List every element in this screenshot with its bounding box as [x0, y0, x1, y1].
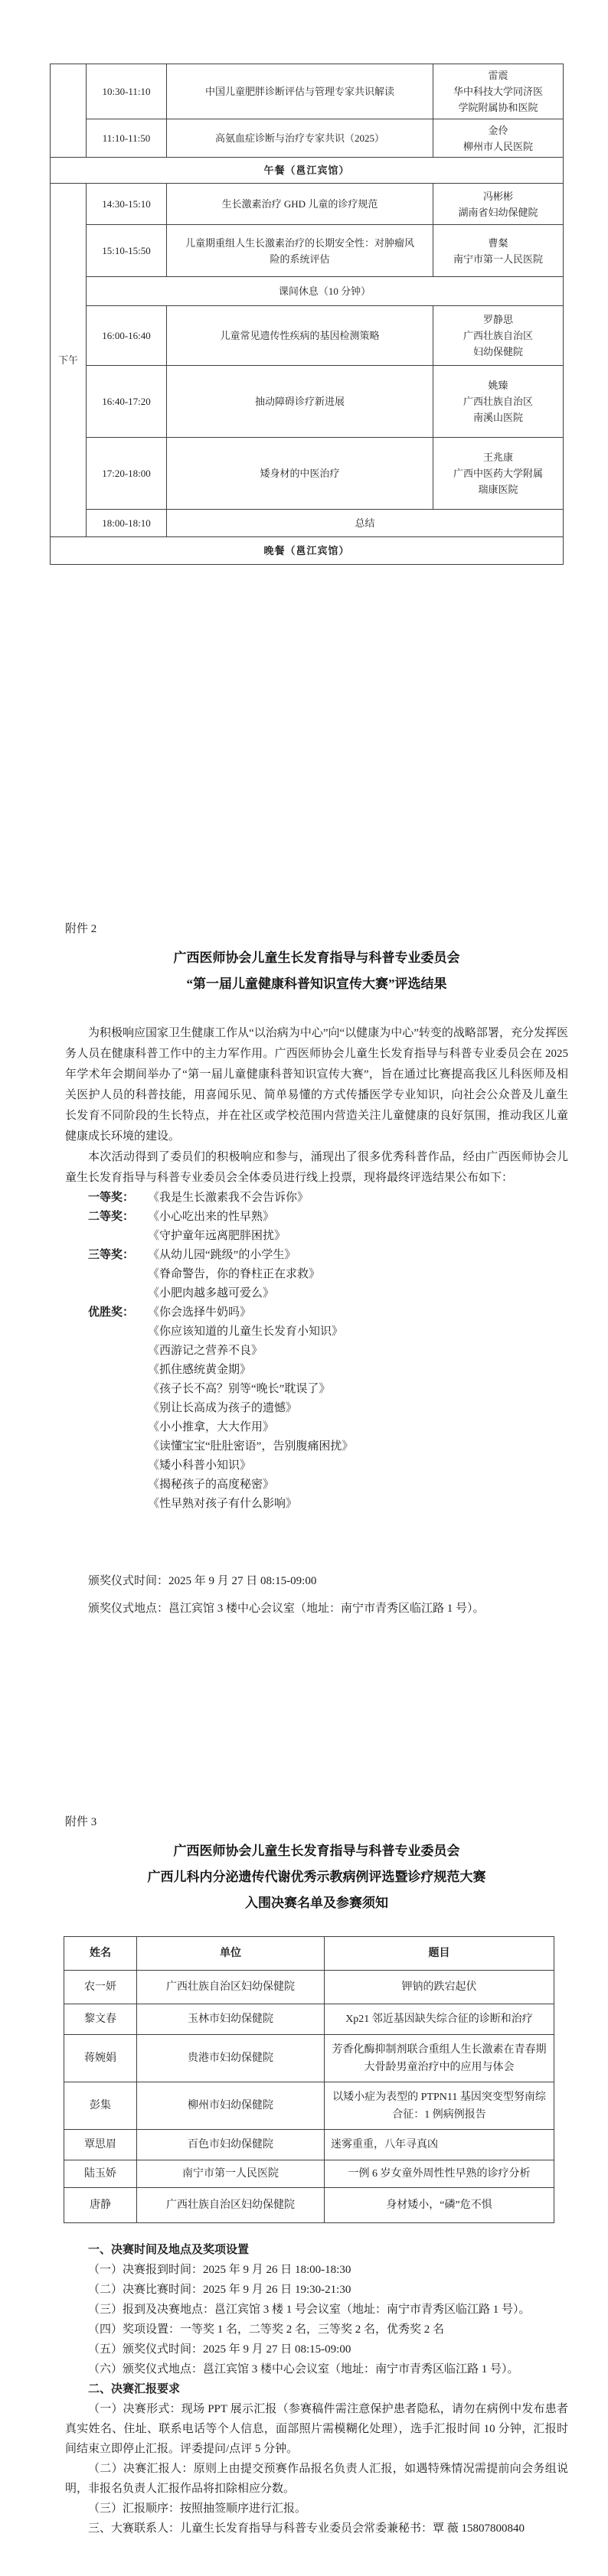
dinner-cell: 晚餐（邕江宾馆）	[51, 537, 564, 565]
award-titles: 《从幼儿园“跳级”的小学生》《脊命警告，你的脊柱正在求救》《小肥肉越多越可爱么》	[148, 1246, 568, 1303]
award-label: 二等奖：	[88, 1208, 148, 1227]
note-line: （六）颁奖仪式地点：邕江宾馆 3 楼中心会议室（地址：南宁市青秀区临江路 1 号…	[65, 2359, 568, 2379]
case-title: 钾钠的跌宕起伏	[325, 1971, 554, 2004]
note-contact-line: 三、大赛联系人：儿童生长发育指导与科普专业委员会常委兼秘书：覃 薇 158078…	[65, 2519, 568, 2539]
summary-cell: 总结	[167, 510, 564, 537]
award-group-merit-prize: 优胜奖： 《你会选择牛奶吗》《你应该知道的儿童生长发育小知识》《西游记之营养不良…	[88, 1303, 568, 1514]
time-cell: 10:30-11:10	[87, 64, 167, 119]
table-row: 农一妍 广西壮族自治区妇幼保健院 钾钠的跌宕起伏	[64, 1971, 554, 2004]
talk-title-cell: 抽动障碍诊疗新进展	[167, 366, 433, 438]
award-group-first-prize: 一等奖： 《我是生长激素我不会告诉你》	[88, 1189, 568, 1208]
attachment-3-section: 附件 3 广西医师协会儿童生长发育指导与科普专业委员会 广西儿科内分泌遗传代谢优…	[65, 1814, 568, 2539]
committee-title-line: 广西医师协会儿童生长发育指导与科普专业委员会	[65, 945, 568, 971]
award-label: 优胜奖：	[88, 1303, 148, 1322]
header-unit: 单位	[137, 1937, 325, 1971]
time-cell: 15:10-15:50	[87, 225, 167, 277]
case-title: 芳香化酶抑制剂联合重组人生长激素在青春期大骨龄男童治疗中的应用与体会	[325, 2035, 554, 2082]
contestant-name: 陆玉娇	[64, 2160, 137, 2188]
presenter-cell: 冯彬彬湖南省妇幼保健院	[433, 184, 564, 225]
table-row: 17:20-18:00 矮身材的中医治疗 王兆康广西中医药大学附属瑞康医院	[51, 438, 564, 510]
talk-title-cell: 生长激素治疗 GHD 儿童的诊疗规范	[167, 184, 433, 225]
table-row: 彭集 柳州市妇幼保健院 以矮小症为表型的 PTPN11 基因突变型努南综合征：1…	[64, 2082, 554, 2130]
award-label: 三等奖：	[88, 1246, 148, 1265]
note-line: （三）汇报顺序：按照抽签顺序进行汇报。	[65, 2499, 568, 2519]
contestant-name: 农一妍	[64, 1971, 137, 2004]
attachment-3-title: 广西医师协会儿童生长发育指导与科普专业委员会 广西儿科内分泌遗传代谢优秀示教病例…	[65, 1838, 568, 1916]
document-page: 10:30-11:10 中国儿童肥胖诊断评估与管理专家共识解读 雷震华中科技大学…	[0, 0, 608, 2576]
contestant-unit: 广西壮族自治区妇幼保健院	[137, 2188, 325, 2223]
note-line: （一）决赛报到时间：2025 年 9 月 26 日 18:00-18:30	[65, 2260, 568, 2280]
ceremony-time: 颁奖仪式时间：2025 年 9 月 27 日 08:15-09:00	[65, 1567, 568, 1595]
session-cell-afternoon: 下午	[51, 184, 87, 537]
award-titles: 《我是生长激素我不会告诉你》	[148, 1189, 568, 1208]
time-cell: 14:30-15:10	[87, 184, 167, 225]
award-titles: 《你会选择牛奶吗》《你应该知道的儿童生长发育小知识》《西游记之营养不良》《抓住感…	[148, 1303, 568, 1514]
case-title: Xp21 邻近基因缺失综合征的诊断和治疗	[325, 2004, 554, 2035]
award-group-second-prize: 二等奖： 《小心吃出来的性早熟》《守护童年远离肥胖困扰》	[88, 1208, 568, 1246]
table-row: 蒋婉娟 贵港市妇幼保健院 芳香化酶抑制剂联合重组人生长激素在青春期大骨龄男童治疗…	[64, 2035, 554, 2082]
case-title: 身材矮小，“磷”危不惧	[325, 2188, 554, 2223]
award-list: 一等奖： 《我是生长激素我不会告诉你》 二等奖： 《小心吃出来的性早熟》《守护童…	[88, 1189, 568, 1514]
finalist-list-title-line: 入围决赛名单及参赛须知	[65, 1890, 568, 1916]
dinner-row: 晚餐（邕江宾馆）	[51, 537, 564, 565]
note-line: （五）颁奖仪式时间：2025 年 9 月 27 日 08:15-09:00	[65, 2340, 568, 2359]
talk-title-cell: 儿童常见遗传性疾病的基因检测策略	[167, 306, 433, 366]
contest-notes: 一、决赛时间及地点及奖项设置 （一）决赛报到时间：2025 年 9 月 26 日…	[65, 2240, 568, 2539]
lunch-cell: 午餐（邕江宾馆）	[51, 158, 564, 184]
contestant-unit: 玉林市妇幼保健院	[137, 2004, 325, 2035]
case-title: 以矮小症为表型的 PTPN11 基因突变型努南综合征：1 例病例报告	[325, 2082, 554, 2130]
note-section-heading: 一、决赛时间及地点及奖项设置	[65, 2240, 568, 2260]
contestant-name: 覃思眉	[64, 2130, 137, 2160]
table-row: 15:10-15:50 儿童期重组人生长激素治疗的长期安全性：对肿瘤风险的系统评…	[51, 225, 564, 277]
time-cell: 18:00-18:10	[87, 510, 167, 537]
contestant-unit: 广西壮族自治区妇幼保健院	[137, 1971, 325, 2004]
table-row: 16:00-16:40 儿童常见遗传性疾病的基因检测策略 罗静思广西壮族自治区妇…	[51, 306, 564, 366]
contestant-name: 唐静	[64, 2188, 137, 2223]
time-cell: 16:00-16:40	[87, 306, 167, 366]
header-title: 题目	[325, 1937, 554, 1971]
note-line: （三）报到及决赛地点：邕江宾馆 3 楼 1 号会议室（地址：南宁市青秀区临江路 …	[65, 2300, 568, 2320]
time-cell: 11:10-11:50	[87, 119, 167, 158]
contestant-name: 蒋婉娟	[64, 2035, 137, 2082]
summary-row: 18:00-18:10 总结	[51, 510, 564, 537]
presenter-cell: 金伶柳州市人民医院	[433, 119, 564, 158]
contestant-unit: 南宁市第一人民医院	[137, 2160, 325, 2188]
note-line: （四）奖项设置：一等奖 1 名，二等奖 2 名，三等奖 2 名，优秀奖 2 名	[65, 2320, 568, 2340]
table-row: 唐静 广西壮族自治区妇幼保健院 身材矮小，“磷”危不惧	[64, 2188, 554, 2223]
break-cell: 课间休息（10 分钟）	[87, 277, 564, 306]
contestant-unit: 柳州市妇幼保健院	[137, 2082, 325, 2130]
contestant-name: 彭集	[64, 2082, 137, 2130]
presenter-cell: 姚臻广西壮族自治区南溪山医院	[433, 366, 564, 438]
note-line: （二）决赛比赛时间：2025 年 9 月 26 日 19:30-21:30	[65, 2280, 568, 2300]
table-row: 覃思眉 百色市妇幼保健院 迷雾重重，八年寻真凶	[64, 2130, 554, 2160]
attachment-3-label: 附件 3	[65, 1814, 568, 1831]
schedule-table: 10:30-11:10 中国儿童肥胖诊断评估与管理专家共识解读 雷震华中科技大学…	[50, 64, 564, 565]
time-cell: 16:40-17:20	[87, 366, 167, 438]
table-row: 陆玉娇 南宁市第一人民医院 一例 6 岁女童外周性性早熟的诊疗分析	[64, 2160, 554, 2188]
talk-title-cell: 矮身材的中医治疗	[167, 438, 433, 510]
break-row: 课间休息（10 分钟）	[51, 277, 564, 306]
note-line: （一）决赛形式：现场 PPT 展示汇报（参赛稿件需注意保护患者隐私，请勿在病例中…	[65, 2399, 568, 2459]
ceremony-info: 颁奖仪式时间：2025 年 9 月 27 日 08:15-09:00 颁奖仪式地…	[65, 1567, 568, 1622]
award-label: 一等奖：	[88, 1189, 148, 1208]
lunch-row: 午餐（邕江宾馆）	[51, 158, 564, 184]
attachment-2-section: 附件 2 广西医师协会儿童生长发育指导与科普专业委员会 “第一届儿童健康科普知识…	[65, 921, 568, 1622]
paragraph: 本次活动得到了委员们的积极响应和参与，涌现出了很多优秀科普作品，经由广西医师协会…	[65, 1147, 568, 1189]
presenter-cell: 雷震华中科技大学同济医学院附属协和医院	[433, 64, 564, 119]
paragraph: 为积极响应国家卫生健康工作从“以治病为中心”向“以健康为中心”转变的战略部署，充…	[65, 1023, 568, 1147]
attachment-2-body: 为积极响应国家卫生健康工作从“以治病为中心”向“以健康为中心”转变的战略部署，充…	[65, 1023, 568, 1189]
time-cell: 17:20-18:00	[87, 438, 167, 510]
table-row: 黎文春 玉林市妇幼保健院 Xp21 邻近基因缺失综合征的诊断和治疗	[64, 2004, 554, 2035]
case-title: 迷雾重重，八年寻真凶	[325, 2130, 554, 2160]
table-row: 下午 14:30-15:10 生长激素治疗 GHD 儿童的诊疗规范 冯彬彬湖南省…	[51, 184, 564, 225]
session-cell-morning	[51, 64, 87, 158]
award-titles: 《小心吃出来的性早熟》《守护童年远离肥胖困扰》	[148, 1208, 568, 1246]
attachment-2-label: 附件 2	[65, 921, 568, 937]
contestant-name: 黎文春	[64, 2004, 137, 2035]
talk-title-cell: 儿童期重组人生长激素治疗的长期安全性：对肿瘤风险的系统评估	[167, 225, 433, 277]
attachment-2-title: 广西医师协会儿童生长发育指导与科普专业委员会 “第一届儿童健康科普知识宣传大赛”…	[65, 945, 568, 997]
contest-result-title-line: “第一届儿童健康科普知识宣传大赛”评选结果	[65, 971, 568, 997]
table-row: 11:10-11:50 高氨血症诊断与治疗专家共识（2025） 金伶柳州市人民医…	[51, 119, 564, 158]
presenter-cell: 罗静思广西壮族自治区妇幼保健院	[433, 306, 564, 366]
note-line: （二）决赛汇报人：原则上由提交预赛作品报名负责人汇报，如遇特殊情况需提前向会务组…	[65, 2459, 568, 2499]
talk-title-cell: 中国儿童肥胖诊断评估与管理专家共识解读	[167, 64, 433, 119]
finalists-table: 姓名 单位 题目 农一妍 广西壮族自治区妇幼保健院 钾钠的跌宕起伏 黎文春 玉林…	[64, 1936, 554, 2223]
talk-title-cell: 高氨血症诊断与治疗专家共识（2025）	[167, 119, 433, 158]
ceremony-place: 颁奖仪式地点：邕江宾馆 3 楼中心会议室（地址：南宁市青秀区临江路 1 号）。	[65, 1595, 568, 1622]
case-title: 一例 6 岁女童外周性性早熟的诊疗分析	[325, 2160, 554, 2188]
presenter-cell: 曹粲南宁市第一人民医院	[433, 225, 564, 277]
table-row: 10:30-11:10 中国儿童肥胖诊断评估与管理专家共识解读 雷震华中科技大学…	[51, 64, 564, 119]
table-row: 16:40-17:20 抽动障碍诊疗新进展 姚臻广西壮族自治区南溪山医院	[51, 366, 564, 438]
presenter-cell: 王兆康广西中医药大学附属瑞康医院	[433, 438, 564, 510]
table-header-row: 姓名 单位 题目	[64, 1937, 554, 1971]
committee-title-line: 广西医师协会儿童生长发育指导与科普专业委员会	[65, 1838, 568, 1864]
note-section-heading: 二、决赛汇报要求	[65, 2379, 568, 2399]
contestant-unit: 贵港市妇幼保健院	[137, 2035, 325, 2082]
contestant-unit: 百色市妇幼保健院	[137, 2130, 325, 2160]
award-group-third-prize: 三等奖： 《从幼儿园“跳级”的小学生》《脊命警告，你的脊柱正在求救》《小肥肉越多…	[88, 1246, 568, 1303]
header-name: 姓名	[64, 1937, 137, 1971]
case-contest-title-line: 广西儿科内分泌遗传代谢优秀示教病例评选暨诊疗规范大赛	[65, 1864, 568, 1890]
